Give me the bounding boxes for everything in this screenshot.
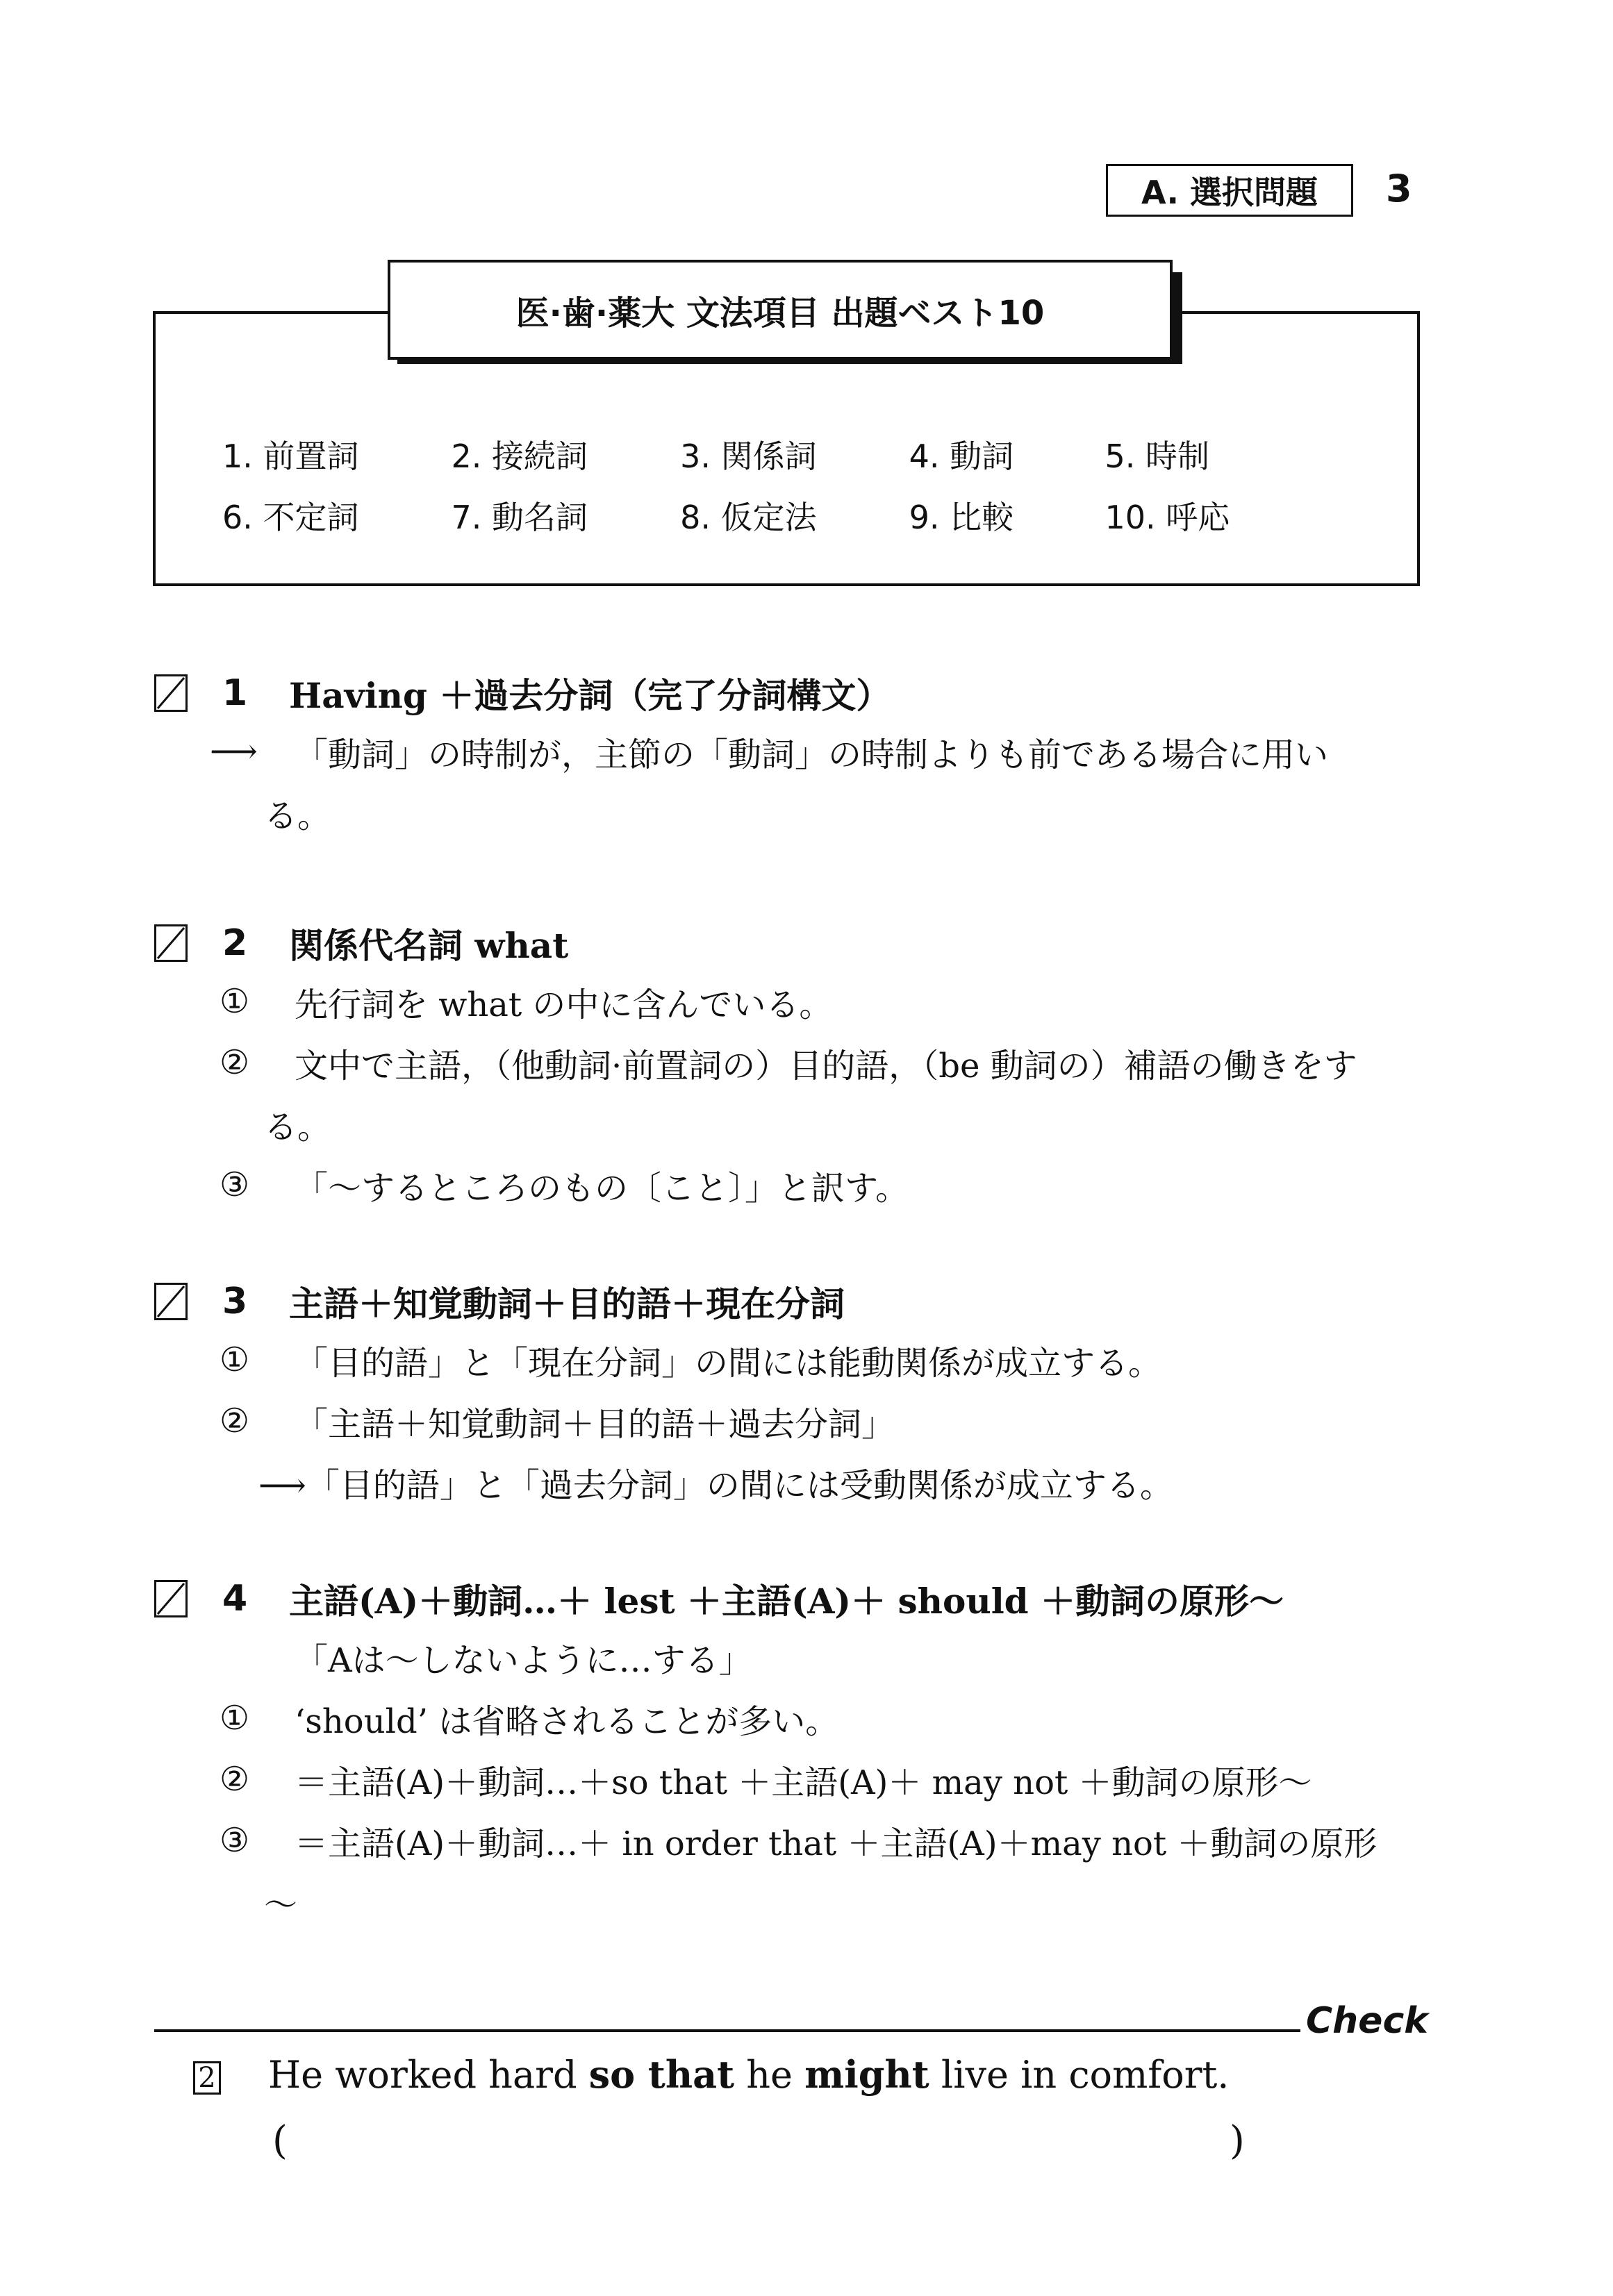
question-number-box: 2 [193, 2061, 221, 2095]
section-heading-row: 1 Having ＋過去分詞（完了分詞構文） [154, 665, 1425, 721]
grid-row: 1. 前置詞 2. 接続詞 3. 関係詞 4. 動詞 5. 時制 [222, 424, 1334, 485]
item-text: 「動詞」の時制が，主節の「動詞」の時制よりも前である場合に用い [295, 728, 1328, 776]
grid-item: 10. 呼応 [1105, 492, 1334, 538]
grid-item: 8. 仮定法 [680, 492, 909, 538]
section-heading: 主語(A)＋動詞…＋ lest ＋主語(A)＋ should ＋動詞の原形～ [289, 1574, 1284, 1624]
translation-line: 「Aは～しないように…する」 [154, 1627, 1425, 1688]
item-text: ‘should’ は省略されることが多い。 [295, 1695, 838, 1742]
sentence-text: live in comfort. [929, 2053, 1230, 2097]
section-number: 2 [222, 922, 289, 964]
item-text: 先行詞を what の中に含んでいる。 [295, 978, 832, 1026]
section-4: 4 主語(A)＋動詞…＋ lest ＋主語(A)＋ should ＋動詞の原形～… [154, 1571, 1425, 1932]
section-heading-row: 2 関係代名詞 what [154, 915, 1425, 971]
question-number: 2 [198, 2062, 215, 2094]
section-heading: Having ＋過去分詞（完了分詞構文） [289, 668, 891, 718]
top10-grid: 1. 前置詞 2. 接続詞 3. 関係詞 4. 動詞 5. 時制 6. 不定詞 … [222, 424, 1334, 546]
item-text: 「～するところのもの〔こと〕」と訳す。 [295, 1161, 909, 1209]
section-label-box: A. 選択問題 [1106, 164, 1353, 217]
answer-paren-close: ) [1230, 2118, 1245, 2163]
grid-row: 6. 不定詞 7. 動名詞 8. 仮定法 9. 比較 10. 呼応 [222, 485, 1334, 546]
circled-number-3: ③ [154, 1821, 295, 1860]
item-text: 「目的語」と「現在分詞」の間には能動関係が成立する。 [295, 1336, 1161, 1384]
list-item: ③ 「～するところのもの〔こと〕」と訳す。 [154, 1154, 1425, 1215]
list-item: ⟶ 「動詞」の時制が，主節の「動詞」の時制よりも前である場合に用い [154, 721, 1425, 782]
section-heading: 関係代名詞 what [289, 918, 568, 968]
frame-top-left-rule [153, 311, 389, 314]
item-text: る。 [264, 1100, 331, 1148]
list-item-continuation: る。 [154, 1093, 1425, 1154]
circled-number-1: ① [154, 1699, 295, 1738]
list-item-continuation: ～ [154, 1871, 1425, 1932]
circled-number-1: ① [154, 982, 295, 1021]
checkbox-icon[interactable] [154, 674, 188, 712]
circled-number-2: ② [154, 1401, 295, 1440]
circled-number-2: ② [154, 1043, 295, 1082]
section-number: 1 [222, 672, 289, 714]
top10-title: 医·歯·薬大 文法項目 出題ベスト10 [516, 286, 1045, 334]
list-item: ① 「目的語」と「現在分詞」の間には能動関係が成立する。 [154, 1329, 1425, 1390]
arrow-icon: ⟶ [154, 732, 295, 771]
item-text: 「主語＋知覚動詞＋目的語＋過去分詞」 [295, 1397, 895, 1445]
checkbox-icon[interactable] [154, 1580, 188, 1617]
sentence-bold: so that [589, 2052, 734, 2097]
list-item: ① ‘should’ は省略されることが多い。 [154, 1688, 1425, 1749]
list-item: ② ＝主語(A)＋動詞…＋so that ＋主語(A)＋ may not ＋動詞… [154, 1749, 1425, 1810]
item-text: ＝主語(A)＋動詞…＋ in order that ＋主語(A)＋may not… [295, 1817, 1377, 1865]
circled-number-3: ③ [154, 1165, 295, 1204]
answer-paren-open: ( [272, 2118, 288, 2163]
list-item: ② 「主語＋知覚動詞＋目的語＋過去分詞」 [154, 1390, 1425, 1451]
section-heading: 主語＋知覚動詞＋目的語＋現在分詞 [289, 1276, 845, 1326]
list-item: ① 先行詞を what の中に含んでいる。 [154, 971, 1425, 1032]
grid-item: 1. 前置詞 [222, 431, 452, 477]
list-item-continuation: る。 [154, 782, 1425, 843]
question-sentence: He worked hard so that he might live in … [268, 2052, 1229, 2097]
sentence-bold: might [804, 2052, 929, 2097]
section-heading-row: 4 主語(A)＋動詞…＋ lest ＋主語(A)＋ should ＋動詞の原形～ [154, 1571, 1425, 1627]
list-item: ② 文中で主語，（他動詞·前置詞の）目的語，（be 動詞の）補語の働きをす [154, 1032, 1425, 1093]
section-1: 1 Having ＋過去分詞（完了分詞構文） ⟶ 「動詞」の時制が，主節の「動詞… [154, 665, 1425, 843]
grid-item: 9. 比較 [909, 492, 1105, 538]
grid-item: 3. 関係詞 [680, 431, 909, 477]
sentence-text: he [734, 2053, 804, 2097]
grid-item: 7. 動名詞 [452, 492, 681, 538]
check-divider [154, 2029, 1300, 2032]
check-label: Check [1306, 2000, 1428, 2042]
top10-title-box: 医·歯·薬大 文法項目 出題ベスト10 [388, 260, 1173, 360]
section-number: 4 [222, 1578, 289, 1620]
grid-item: 6. 不定詞 [222, 492, 452, 538]
item-text: る。 [264, 789, 331, 837]
frame-top-right-rule [1181, 311, 1420, 314]
grid-item: 5. 時制 [1105, 431, 1334, 477]
sentence-text: He worked hard [268, 2053, 589, 2097]
list-item: ③ ＝主語(A)＋動詞…＋ in order that ＋主語(A)＋may n… [154, 1810, 1425, 1871]
section-3: 3 主語＋知覚動詞＋目的語＋現在分詞 ① 「目的語」と「現在分詞」の間には能動関… [154, 1274, 1425, 1513]
circled-number-1: ① [154, 1340, 295, 1379]
section-2: 2 関係代名詞 what ① 先行詞を what の中に含んでいる。 ② 文中で… [154, 915, 1425, 1215]
page-number: 3 [1386, 167, 1412, 210]
checkbox-icon[interactable] [154, 924, 188, 962]
answer-field[interactable] [292, 2125, 1223, 2174]
checkbox-icon[interactable] [154, 1283, 188, 1320]
grid-item: 2. 接続詞 [452, 431, 681, 477]
section-label: A. 選択問題 [1141, 167, 1318, 213]
circled-number-2: ② [154, 1760, 295, 1799]
item-text: ⟶「目的語」と「過去分詞」の間には受動関係が成立する。 [258, 1458, 1173, 1506]
list-item-arrow: ⟶「目的語」と「過去分詞」の間には受動関係が成立する。 [154, 1451, 1425, 1513]
section-heading-row: 3 主語＋知覚動詞＋目的語＋現在分詞 [154, 1274, 1425, 1329]
item-text: ～ [264, 1878, 297, 1926]
item-text: ＝主語(A)＋動詞…＋so that ＋主語(A)＋ may not ＋動詞の原… [295, 1756, 1312, 1804]
grid-item: 4. 動詞 [909, 431, 1105, 477]
item-text: 文中で主語，（他動詞·前置詞の）目的語，（be 動詞の）補語の働きをす [295, 1039, 1357, 1087]
item-text: 「Aは～しないように…する」 [295, 1633, 752, 1681]
section-number: 3 [222, 1281, 289, 1322]
